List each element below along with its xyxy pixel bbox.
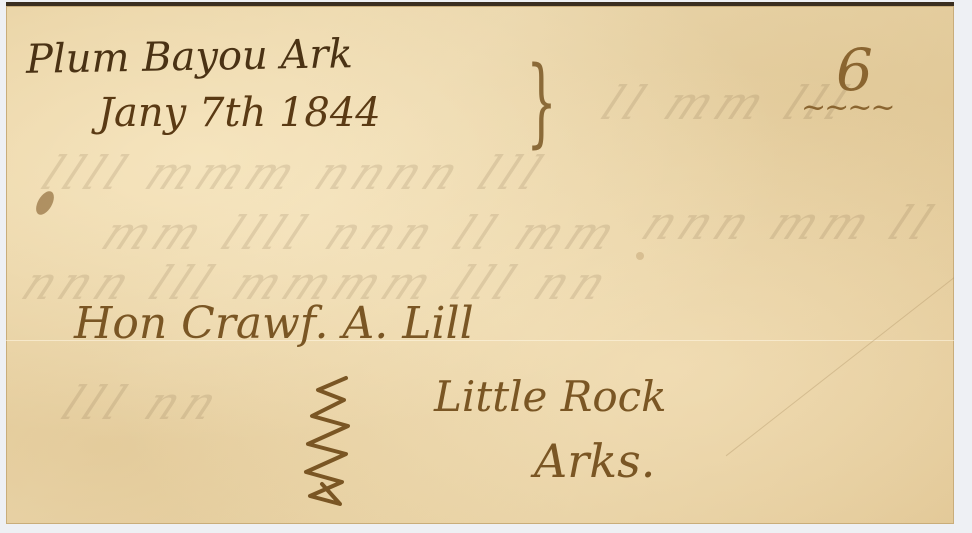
origin-date: Jany 7th 1844	[98, 90, 381, 136]
origin-town: Plum Bayou Ark	[26, 31, 354, 83]
bleed-through-text: lll nn	[53, 376, 232, 430]
bleed-through-text: llll mmm nnnn lll	[33, 146, 556, 200]
address-city: Little Rock	[434, 372, 667, 421]
address-state: Arks.	[534, 434, 655, 488]
bracket-mark: }	[526, 46, 557, 158]
zigzag-flourish-icon	[296, 374, 366, 510]
rate-flourish: ~~~~	[801, 90, 894, 125]
addressee-name: Hon Crawf. A. Lill	[74, 298, 474, 349]
bleed-through-text: nnn mm ll	[633, 196, 947, 250]
ink-spot	[636, 252, 644, 260]
bleed-through-text: mm llll nnn ll mm	[93, 206, 630, 260]
envelope-cover: llll mmm nnnn lll mm llll nnn ll mm nnn …	[6, 2, 954, 524]
flap-crease	[726, 246, 954, 456]
